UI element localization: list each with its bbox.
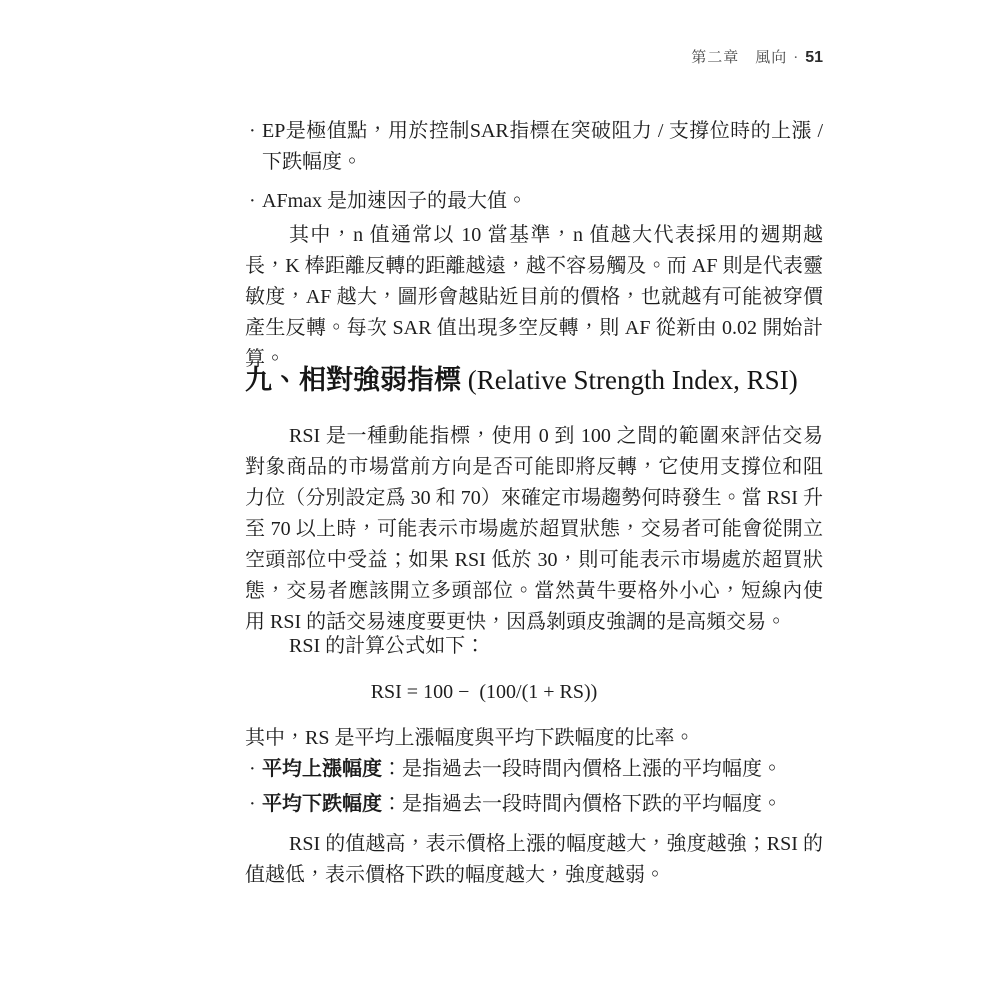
book-page: 第二章 風向·51 · EP是極值點，用於控制SAR指標在突破阻力 / 支撐位時… <box>0 0 1000 1000</box>
definition-desc-up: ：是指過去一段時間內價格上漲的平均幅度。 <box>382 758 782 780</box>
page-number: 51 <box>805 49 823 66</box>
bullet-marker: · <box>249 754 256 785</box>
rsi-conclusion-paragraph: RSI 的值越高，表示價格上漲的幅度越大，強度越強；RSI 的值越低，表示價格下… <box>245 829 823 891</box>
list-item: · EP是極值點，用於控制SAR指標在突破阻力 / 支撐位時的上漲 / 下跌幅度… <box>245 116 823 178</box>
chapter-section-label: 第二章 風向 <box>691 50 787 66</box>
definition-desc-down: ：是指過去一段時間內價格下跌的平均幅度。 <box>382 793 782 815</box>
bullet-marker: · <box>249 116 256 147</box>
formula-intro-text: RSI 的計算公式如下： <box>245 631 823 662</box>
definition-term-down: 平均下跌幅度 <box>262 793 382 815</box>
header-separator-dot: · <box>793 50 799 66</box>
bullet-marker: · <box>249 789 256 820</box>
rs-definition-note: 其中，RS 是平均上漲幅度與平均下跌幅度的比率。 <box>245 723 823 754</box>
sar-paragraph: 其中，n 值通常以 10 當基準，n 值越大代表採用的週期越長，K 棒距離反轉的… <box>245 220 823 375</box>
list-item: · 平均上漲幅度：是指過去一段時間內價格上漲的平均幅度。 <box>245 754 823 785</box>
heading-cjk-text: 九、相對強弱指標 <box>245 365 461 395</box>
bullet-marker: · <box>249 186 256 217</box>
list-item: · 平均下跌幅度：是指過去一段時間內價格下跌的平均幅度。 <box>245 789 823 820</box>
rsi-section-heading: 九、相對強弱指標 (Relative Strength Index, RSI) <box>245 363 823 397</box>
bullet-text-ep: EP是極值點，用於控制SAR指標在突破阻力 / 支撐位時的上漲 / 下跌幅度。 <box>262 120 823 173</box>
rs-definition-list: · 平均上漲幅度：是指過去一段時間內價格上漲的平均幅度。 · 平均下跌幅度：是指… <box>245 754 823 820</box>
definition-term-up: 平均上漲幅度 <box>262 758 382 780</box>
rsi-formula: RSI = 100 − (100/(1 + RS)) <box>195 679 773 705</box>
heading-latin-text: (Relative Strength Index, RSI) <box>461 365 798 395</box>
list-item: · AFmax 是加速因子的最大值。 <box>245 186 823 217</box>
page-header: 第二章 風向·51 <box>245 46 823 67</box>
sar-bullet-list: · EP是極值點，用於控制SAR指標在突破阻力 / 支撐位時的上漲 / 下跌幅度… <box>245 116 823 217</box>
rsi-intro-paragraph: RSI 是一種動能指標，使用 0 到 100 之間的範圍來評估交易對象商品的市場… <box>245 421 823 638</box>
bullet-text-afmax: AFmax 是加速因子的最大值。 <box>262 190 527 212</box>
